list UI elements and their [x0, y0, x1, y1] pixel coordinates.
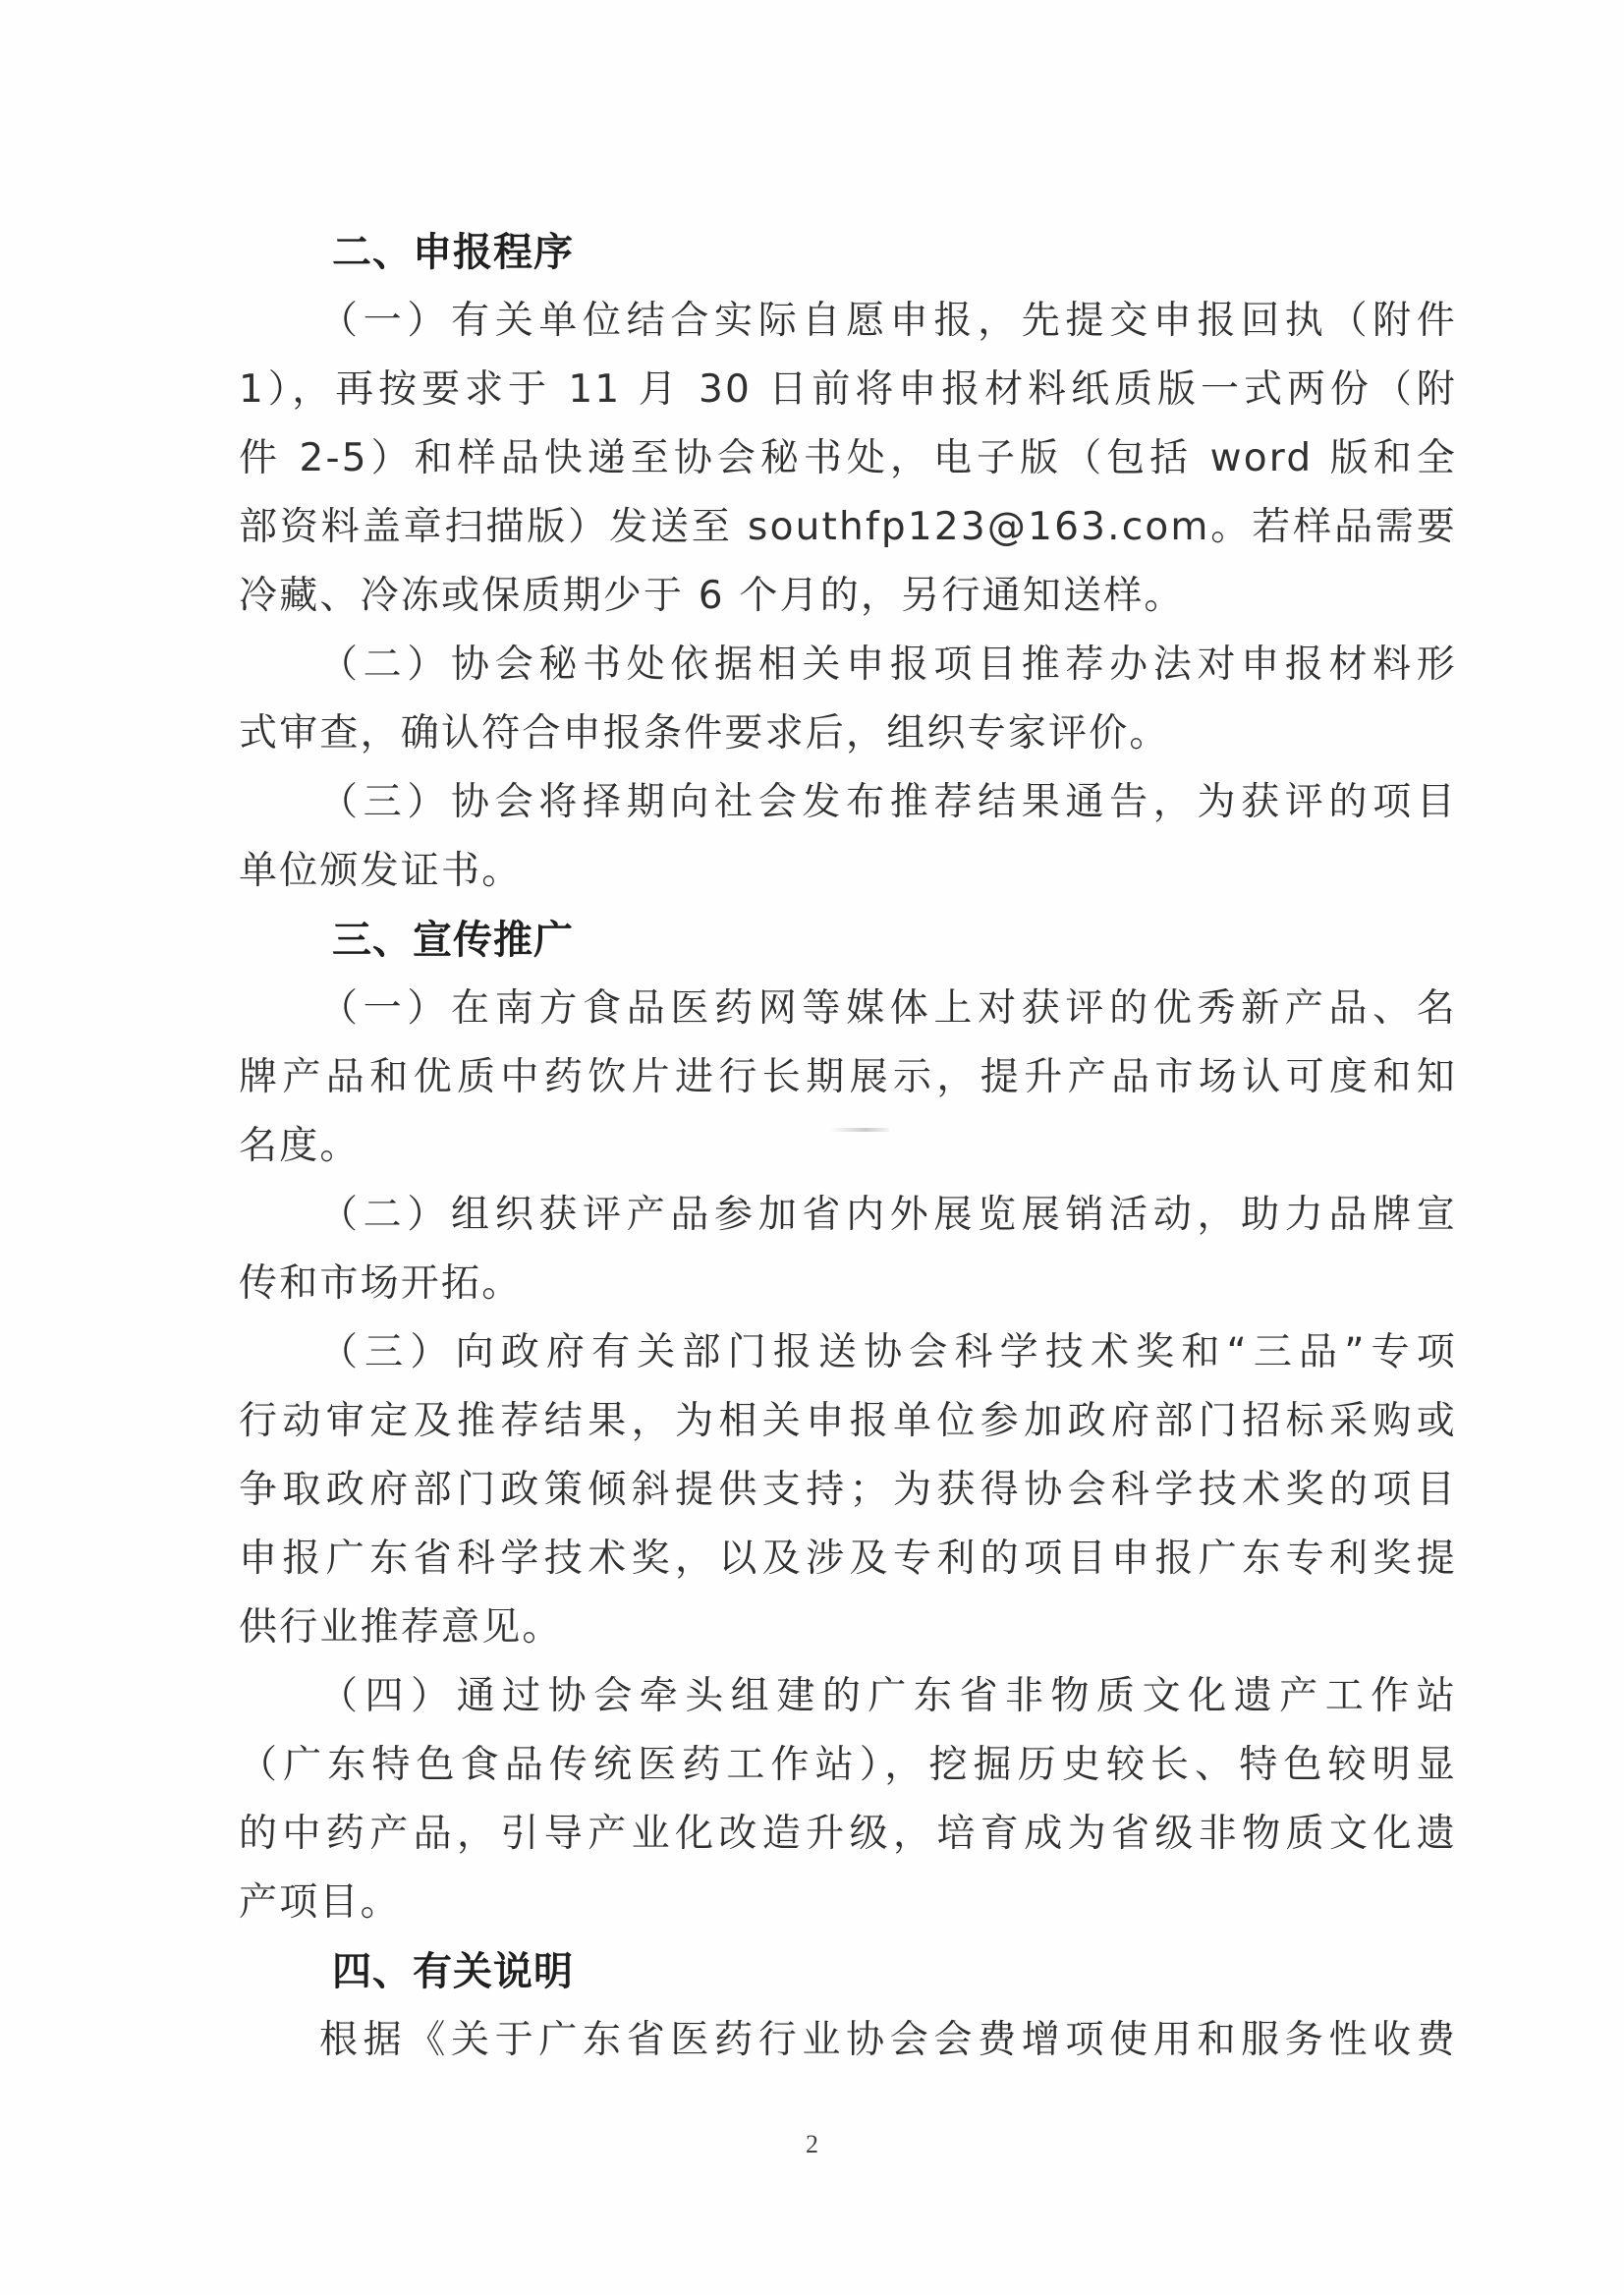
- section-heading-notes: 四、有关说明: [239, 1937, 1457, 2006]
- paragraph-line: 1），再按要求于 11 月 30 日前将申报材料纸质版一式两份（附: [239, 356, 1457, 424]
- paragraph-line: 冷藏、冷冻或保质期少于 6 个月的，另行通知送样。: [239, 562, 1457, 631]
- section-heading-promotion: 三、宣传推广: [239, 906, 1457, 975]
- section-heading-application-procedure: 二、申报程序: [239, 218, 1457, 287]
- paragraph-line: 名度。: [239, 1112, 1457, 1181]
- paragraph-procedure-3: （三）协会将择期向社会发布推荐结果通告，为获评的项目 单位颁发证书。: [239, 768, 1457, 906]
- paragraph-line: 根据《关于广东省医药行业协会会费增项使用和服务性收费: [239, 2006, 1457, 2075]
- paragraph-promotion-4: （四）通过协会牵头组建的广东省非物质文化遗产工作站 （广东特色食品传统医药工作站…: [239, 1662, 1457, 1937]
- paragraph-promotion-2: （二）组织获评产品参加省内外展览展销活动，助力品牌宣 传和市场开拓。: [239, 1181, 1457, 1318]
- paragraph-line: （广东特色食品传统医药工作站），挖掘历史较长、特色较明显: [239, 1731, 1457, 1800]
- paragraph-line: （三）向政府有关部门报送协会科学技术奖和“三品”专项: [239, 1318, 1457, 1387]
- paragraph-line: （一）有关单位结合实际自愿申报，先提交申报回执（附件: [239, 287, 1457, 356]
- paragraph-line: 产项目。: [239, 1869, 1457, 1937]
- paragraph-promotion-1: （一）在南方食品医药网等媒体上对获评的优秀新产品、名 牌产品和优质中药饮片进行长…: [239, 975, 1457, 1181]
- document-page: 二、申报程序 （一）有关单位结合实际自愿申报，先提交申报回执（附件 1），再按要…: [0, 0, 1624, 2295]
- paragraph-line: 行动审定及推荐结果，为相关申报单位参加政府部门招标采购或: [239, 1387, 1457, 1456]
- paragraph-line: 争取政府部门政策倾斜提供支持；为获得协会科学技术奖的项目: [239, 1456, 1457, 1525]
- paragraph-line: 传和市场开拓。: [239, 1250, 1457, 1318]
- page-number: 2: [0, 2130, 1624, 2159]
- paragraph-line: 牌产品和优质中药饮片进行长期展示，提升产品市场认可度和知: [239, 1043, 1457, 1112]
- paragraph-line: 式审查，确认符合申报条件要求后，组织专家评价。: [239, 700, 1457, 768]
- paragraph-line: （二）组织获评产品参加省内外展览展销活动，助力品牌宣: [239, 1181, 1457, 1250]
- paragraph-line-email: 部资料盖章扫描版）发送至 southfp123@163.com。若样品需要: [239, 493, 1457, 562]
- paragraph-line: （二）协会秘书处依据相关申报项目推荐办法对申报材料形: [239, 631, 1457, 700]
- paragraph-line: 供行业推荐意见。: [239, 1594, 1457, 1662]
- paragraph-line: （四）通过协会牵头组建的广东省非物质文化遗产工作站: [239, 1662, 1457, 1731]
- paragraph-line: 申报广东省科学技术奖，以及涉及专利的项目申报广东专利奖提: [239, 1525, 1457, 1594]
- paragraph-notes-1: 根据《关于广东省医药行业协会会费增项使用和服务性收费: [239, 2006, 1457, 2075]
- paragraph-line: 的中药产品，引导产业化改造升级，培育成为省级非物质文化遗: [239, 1800, 1457, 1869]
- paragraph-procedure-2: （二）协会秘书处依据相关申报项目推荐办法对申报材料形 式审查，确认符合申报条件要…: [239, 631, 1457, 768]
- paragraph-line: 单位颁发证书。: [239, 837, 1457, 906]
- paragraph-promotion-3: （三）向政府有关部门报送协会科学技术奖和“三品”专项 行动审定及推荐结果，为相关…: [239, 1318, 1457, 1662]
- paragraph-line: 件 2-5）和样品快递至协会秘书处，电子版（包括 word 版和全: [239, 424, 1457, 493]
- paragraph-line: （一）在南方食品医药网等媒体上对获评的优秀新产品、名: [239, 975, 1457, 1043]
- scan-artifact: [830, 1128, 889, 1132]
- document-body: 二、申报程序 （一）有关单位结合实际自愿申报，先提交申报回执（附件 1），再按要…: [239, 218, 1457, 2075]
- paragraph-procedure-1: （一）有关单位结合实际自愿申报，先提交申报回执（附件 1），再按要求于 11 月…: [239, 287, 1457, 631]
- paragraph-line: （三）协会将择期向社会发布推荐结果通告，为获评的项目: [239, 768, 1457, 837]
